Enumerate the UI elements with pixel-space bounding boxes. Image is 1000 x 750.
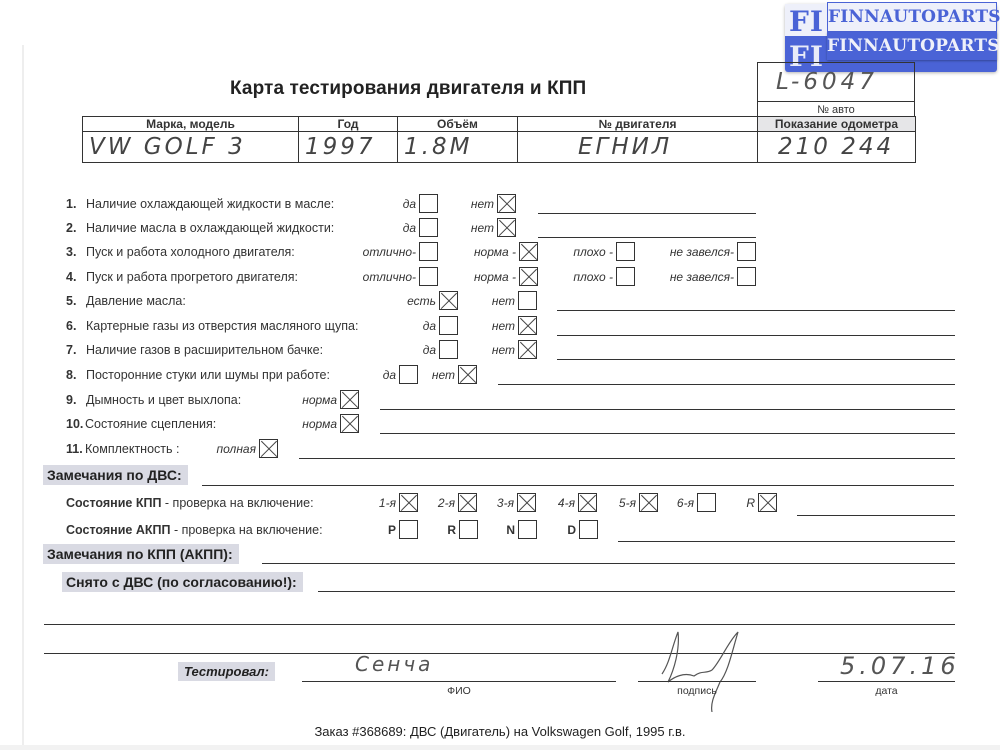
checklist-item: 3.Пуск и работа холодного двигателя:: [66, 242, 295, 262]
auto-number-box: L-6047 № авто: [757, 62, 915, 118]
checklist-item: 10.Состояние сцепления:: [66, 414, 216, 434]
option-checkbox[interactable]: [259, 439, 278, 458]
cell-year: 1997: [299, 132, 398, 163]
item-notes-line[interactable]: [538, 237, 756, 238]
item-label: Наличие охлаждающей жидкости в масле:: [86, 197, 334, 211]
option-label: отлично-: [363, 242, 416, 262]
option-label: плохо -: [573, 242, 613, 262]
item-label: Наличие масла в охлаждающей жидкости:: [86, 221, 334, 235]
removed-label: Снято с ДВС (по согласованию!):: [62, 572, 303, 592]
removed-line[interactable]: [318, 591, 955, 592]
remarks-gearbox-line[interactable]: [262, 563, 955, 564]
scan-edge-bottom: [0, 745, 1000, 750]
auto-number-value: L-6047: [758, 63, 914, 101]
page-title: Карта тестирования двигателя и КПП: [230, 78, 586, 100]
item-notes-line[interactable]: [557, 310, 955, 311]
gear-checkbox[interactable]: [399, 520, 418, 539]
option-checkbox[interactable]: [458, 365, 477, 384]
signature: [650, 622, 750, 712]
option-checkbox[interactable]: [519, 242, 538, 261]
col-header-volume: Объём: [398, 117, 518, 132]
gear-label: 3-я: [497, 493, 514, 513]
checklist-item: 1.Наличие охлаждающей жидкости в масле:: [66, 194, 334, 214]
item-number: 2.: [66, 218, 86, 238]
option-checkbox[interactable]: [419, 218, 438, 237]
cell-make: VW GOLF 3: [83, 132, 299, 163]
item-number: 4.: [66, 267, 86, 287]
option-checkbox[interactable]: [340, 390, 359, 409]
item-label: Дымность и цвет выхлопа:: [86, 393, 241, 407]
gear-checkbox[interactable]: [399, 493, 418, 512]
item-notes-line[interactable]: [299, 458, 955, 459]
test-date: 5.07.16: [840, 652, 960, 680]
manual-gearbox-label: Состояние КПП - проверка на включение:: [66, 493, 314, 513]
option-checkbox[interactable]: [518, 291, 537, 310]
option-label: не завелся-: [670, 242, 734, 262]
option-checkbox[interactable]: [419, 194, 438, 213]
option-label: норма -: [474, 267, 516, 287]
option-label: отлично-: [363, 267, 416, 287]
gear-checkbox[interactable]: [758, 493, 777, 512]
auto-gearbox-notes-line[interactable]: [618, 541, 955, 542]
engine-test-card: FI FI FINNAUTOPARTS FINNAUTOPARTS Карта …: [0, 0, 1000, 750]
option-checkbox[interactable]: [737, 242, 756, 261]
option-label: норма: [302, 390, 337, 410]
option-label: да: [383, 365, 396, 385]
col-header-make: Марка, модель: [83, 117, 299, 132]
checklist-item: 7.Наличие газов в расширительном бачке:: [66, 340, 323, 360]
order-caption: Заказ #368689: ДВС (Двигатель) на Volksw…: [0, 724, 1000, 739]
gear-label: P: [388, 520, 396, 540]
option-checkbox[interactable]: [497, 218, 516, 237]
option-checkbox[interactable]: [519, 267, 538, 286]
cell-odometer: 210 244: [758, 132, 916, 163]
gear-label: 6-я: [677, 493, 694, 513]
gear-checkbox[interactable]: [518, 520, 537, 539]
gear-label: 4-я: [558, 493, 575, 513]
gear-checkbox[interactable]: [697, 493, 716, 512]
option-label: нет: [492, 340, 515, 360]
option-label: да: [403, 218, 416, 238]
item-number: 6.: [66, 316, 86, 336]
manual-gearbox-notes-line[interactable]: [797, 515, 955, 516]
gear-checkbox[interactable]: [578, 493, 597, 512]
watermark-text: FINNAUTOPARTS: [827, 2, 997, 32]
signature-line[interactable]: [638, 681, 756, 682]
option-label: нет: [471, 218, 494, 238]
item-label: Комплектность :: [85, 442, 179, 456]
option-checkbox[interactable]: [419, 267, 438, 286]
name-line[interactable]: [302, 681, 616, 682]
auto-gearbox-label: Состояние АКПП - проверка на включение:: [66, 520, 323, 540]
option-label: нет: [492, 291, 515, 311]
tested-label: Тестировал:: [178, 662, 275, 681]
gear-label: D: [567, 520, 576, 540]
watermark-logo: FINNAUTOPARTS FINNAUTOPARTS: [827, 2, 997, 60]
date-caption: дата: [818, 685, 955, 697]
cell-engine-no: ЕГНИЛ: [518, 132, 758, 163]
item-number: 11.: [66, 439, 85, 459]
item-number: 9.: [66, 390, 86, 410]
checklist-item: 5.Давление масла:: [66, 291, 186, 311]
option-checkbox[interactable]: [616, 242, 635, 261]
checklist-item: 2.Наличие масла в охлаждающей жидкости:: [66, 218, 334, 238]
remarks-engine-label: Замечания по ДВС:: [43, 465, 188, 485]
item-notes-line[interactable]: [380, 433, 955, 434]
option-checkbox[interactable]: [340, 414, 359, 433]
item-number: 1.: [66, 194, 86, 214]
option-label: нет: [471, 194, 494, 214]
option-checkbox[interactable]: [439, 316, 458, 335]
option-label: да: [423, 340, 436, 360]
checklist-item: 8.Посторонние стуки или шумы при работе:: [66, 365, 330, 385]
option-checkbox[interactable]: [518, 316, 537, 335]
item-notes-line[interactable]: [380, 409, 955, 410]
option-label: полная: [217, 439, 256, 459]
item-notes-line[interactable]: [557, 335, 955, 336]
checklist-item: 4.Пуск и работа прогретого двигателя:: [66, 267, 298, 287]
item-label: Наличие газов в расширительном бачке:: [86, 343, 323, 357]
gear-label: 5-я: [619, 493, 636, 513]
checklist-item: 9.Дымность и цвет выхлопа:: [66, 390, 241, 410]
gear-checkbox[interactable]: [639, 493, 658, 512]
item-number: 8.: [66, 365, 86, 385]
item-notes-line[interactable]: [498, 384, 955, 385]
option-checkbox[interactable]: [497, 194, 516, 213]
remarks-gearbox-label: Замечания по КПП (АКПП):: [43, 544, 239, 564]
option-checkbox[interactable]: [616, 267, 635, 286]
gear-label: 2-я: [438, 493, 455, 513]
item-label: Посторонние стуки или шумы при работе:: [86, 368, 330, 382]
watermark-text: FINNAUTOPARTS: [827, 32, 997, 60]
option-label: есть: [407, 291, 436, 311]
option-checkbox[interactable]: [399, 365, 418, 384]
item-label: Пуск и работа прогретого двигателя:: [86, 270, 298, 284]
option-checkbox[interactable]: [518, 340, 537, 359]
item-number: 5.: [66, 291, 86, 311]
item-label: Состояние сцепления:: [85, 417, 216, 431]
option-checkbox[interactable]: [439, 291, 458, 310]
remarks-engine-line[interactable]: [202, 485, 954, 486]
option-label: да: [423, 316, 436, 336]
option-checkbox[interactable]: [419, 242, 438, 261]
option-label: нет: [492, 316, 515, 336]
notes-line[interactable]: [44, 653, 955, 654]
name-caption: ФИО: [302, 685, 616, 697]
option-label: не завелся-: [670, 267, 734, 287]
option-label: да: [403, 194, 416, 214]
col-header-year: Год: [299, 117, 398, 132]
option-checkbox[interactable]: [737, 267, 756, 286]
item-number: 3.: [66, 242, 86, 262]
item-number: 7.: [66, 340, 86, 360]
gear-label: N: [506, 520, 515, 540]
vehicle-info-table: Марка, модель Год Объём № двигателя Пока…: [82, 116, 916, 163]
option-label: плохо -: [573, 267, 613, 287]
scan-edge: [22, 45, 24, 745]
gear-checkbox[interactable]: [458, 493, 477, 512]
tester-name: Сенча: [355, 652, 433, 676]
item-notes-line[interactable]: [557, 359, 955, 360]
item-label: Давление масла:: [86, 294, 186, 308]
gear-checkbox[interactable]: [459, 520, 478, 539]
notes-line[interactable]: [44, 624, 955, 625]
item-notes-line[interactable]: [538, 213, 756, 214]
gear-checkbox[interactable]: [579, 520, 598, 539]
checklist-item: 11.Комплектность :: [66, 439, 179, 459]
item-number: 10.: [66, 414, 85, 434]
col-header-engine-no: № двигателя: [518, 117, 758, 132]
option-checkbox[interactable]: [439, 340, 458, 359]
gear-label: R: [447, 520, 456, 540]
option-label: норма -: [474, 242, 516, 262]
col-header-odometer: Показание одометра: [758, 117, 916, 132]
option-label: норма: [302, 414, 337, 434]
checklist-item: 6.Картерные газы из отверстия масляного …: [66, 316, 358, 336]
date-line[interactable]: [818, 681, 955, 682]
option-label: нет: [432, 365, 455, 385]
gear-label: 1-я: [379, 493, 396, 513]
cell-volume: 1.8M: [398, 132, 518, 163]
gear-label: R: [746, 493, 755, 513]
item-label: Пуск и работа холодного двигателя:: [86, 245, 295, 259]
gear-checkbox[interactable]: [517, 493, 536, 512]
item-label: Картерные газы из отверстия масляного щу…: [86, 319, 358, 333]
signature-caption: подпись: [638, 685, 756, 697]
